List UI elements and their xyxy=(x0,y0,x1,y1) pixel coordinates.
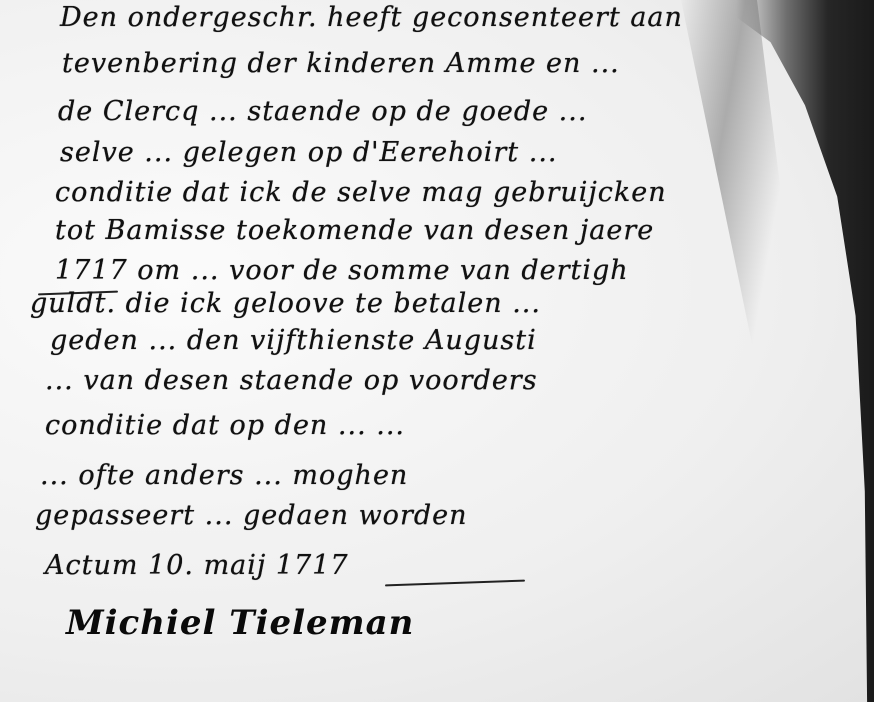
text-line-11: conditie dat op den ... ... xyxy=(45,410,405,441)
text-line-5: conditie dat ick de selve mag gebruijcke… xyxy=(55,177,667,208)
date-underline xyxy=(385,580,525,587)
text-line-4: selve ... gelegen op d'Eerehoirt ... xyxy=(60,137,558,168)
text-line-1: Den ondergeschr. heeft geconsenteert aan xyxy=(60,2,683,33)
text-line-3: de Clercq ... staende op de goede ... xyxy=(58,96,587,127)
date-line: Actum 10. maij 1717 xyxy=(45,550,349,581)
text-line-12: ... ofte anders ... moghen xyxy=(40,460,408,491)
text-line-9: geden ... den vijfthienste Augusti xyxy=(50,325,537,356)
signature: Michiel Tieleman xyxy=(66,603,414,643)
text-line-7: 1717 om ... voor de somme van dertigh xyxy=(55,255,629,286)
text-line-8: guldt. die ick geloove te betalen ... xyxy=(30,288,541,319)
text-line-2: tevenbering der kinderen Amme en ... xyxy=(62,48,620,79)
manuscript-page: Den ondergeschr. heeft geconsenteert aan… xyxy=(0,0,874,702)
text-line-10: ... van desen staende op voorders xyxy=(45,365,538,396)
text-line-6: tot Bamisse toekomende van desen jaere xyxy=(55,215,654,246)
text-line-13: gepasseert ... gedaen worden xyxy=(35,500,468,531)
